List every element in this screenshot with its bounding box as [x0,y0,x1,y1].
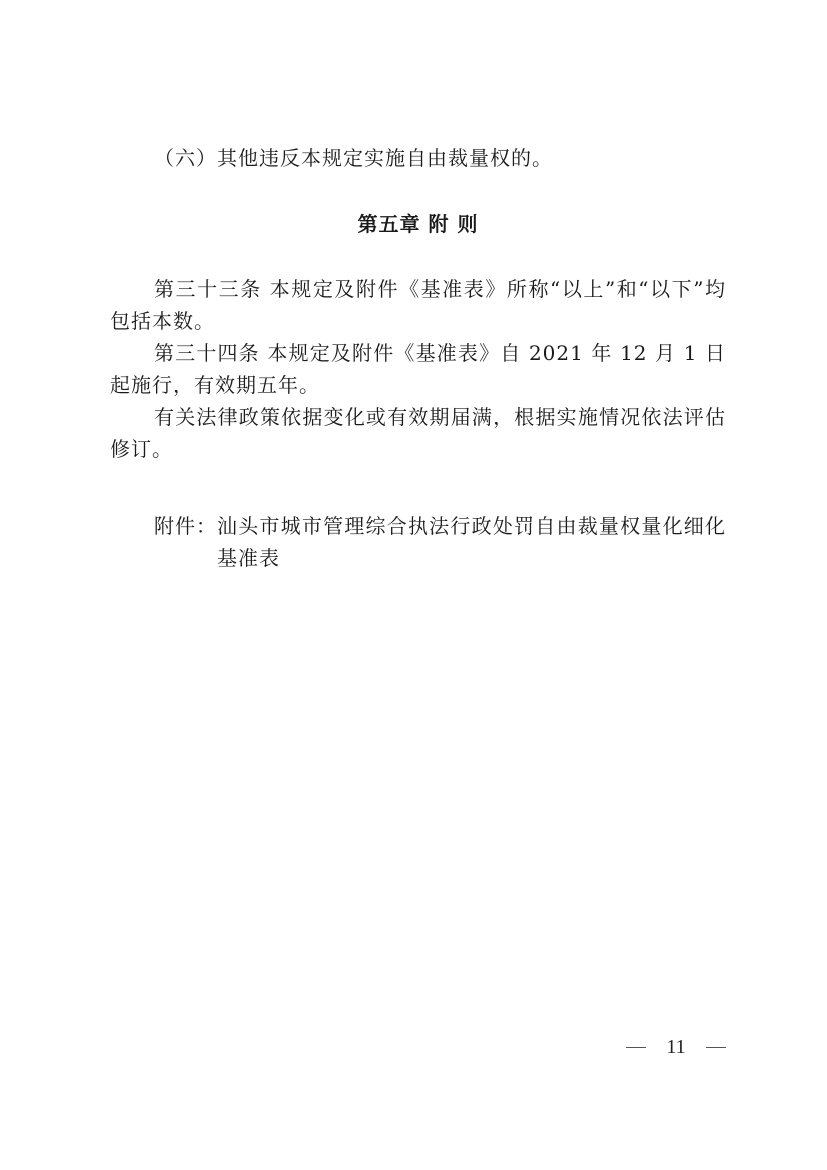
article-33-paragraph: 第三十三条 本规定及附件《基准表》所称“以上”和“以下”均包括本数。 [110,273,726,337]
article-34-paragraph: 第三十四条 本规定及附件《基准表》自 2021 年 12 月 1 日起施行，有效… [110,337,726,401]
left-dash-decoration [626,1047,646,1048]
attachment-label: 附件： [110,510,217,574]
page-number: 11 [666,1033,685,1061]
attachment-note: 附件： 汕头市城市管理综合执法行政处罚自由裁量权量化细化基准表 [110,510,726,574]
articles-section: 第三十三条 本规定及附件《基准表》所称“以上”和“以下”均包括本数。 第三十四条… [110,273,726,465]
chapter-title: 第五章 附 则 [110,208,726,240]
revision-paragraph: 有关法律政策依据变化或有效期届满，根据实施情况依法评估修订。 [110,401,726,465]
item-six-paragraph: （六）其他违反本规定实施自由裁量权的。 [110,142,726,174]
attachment-title: 汕头市城市管理综合执法行政处罚自由裁量权量化细化基准表 [217,510,726,574]
page-number-footer: 11 [626,1033,726,1061]
right-dash-decoration [706,1047,726,1048]
